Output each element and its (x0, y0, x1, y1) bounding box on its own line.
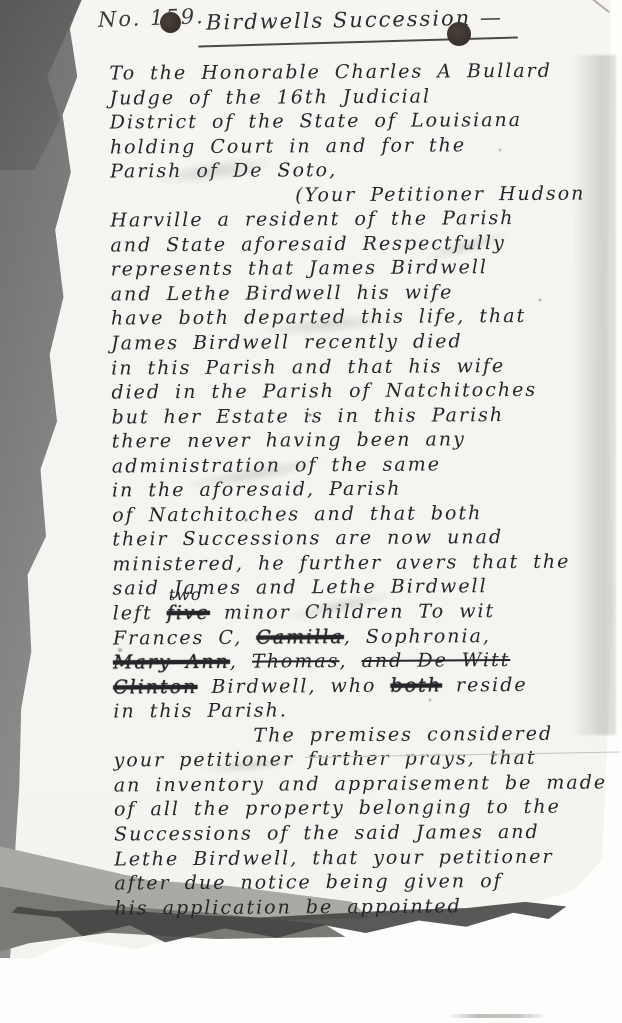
handwritten-line: and State aforesaid Respectfully (110, 230, 588, 257)
handwritten-line: but her Estate is in this Parish (111, 402, 589, 429)
handwritten-line: Harville a resident of the Parish (110, 206, 588, 233)
handwritten-line: in the aforesaid, Parish (112, 476, 590, 503)
text-segment: holding Court in and for the (110, 134, 466, 158)
text-segment: Birdwell, who (197, 674, 390, 697)
text-segment: an inventory and appraisement be made (114, 771, 607, 796)
handwritten-line: To the Honorable Charles A Bullard (109, 59, 587, 86)
handwritten-line: Lethe Birdwell, that your petitioner (114, 844, 592, 871)
fastener-dot-left (160, 12, 181, 33)
bottom-right-streak (447, 1014, 547, 1018)
text-segment: Lethe Birdwell, that your petitioner (114, 845, 553, 870)
text-segment: left (113, 602, 167, 624)
struck-text: both (390, 674, 442, 696)
text-segment: District of the State of Louisiana (110, 109, 522, 134)
handwritten-line: their Successions are now unad (112, 525, 590, 552)
handwritten-line: your petitioner further prays, that (114, 746, 592, 773)
handwritten-line: an inventory and appraisement be made (114, 770, 592, 797)
text-segment: their Successions are now unad (112, 526, 503, 550)
inserted-word: two (169, 588, 202, 602)
handwritten-line: Mary Ann, Thomas, and De Witt (113, 648, 591, 675)
scanned-document-page: No. 159. Birdwells Succession — To the H… (0, 0, 622, 1023)
text-segment: reside (442, 674, 528, 697)
text-segment: , (339, 650, 361, 672)
handwritten-line: administration of the same (112, 451, 590, 478)
struck-text: Clinton (113, 676, 197, 699)
text-segment: of Natchitoches and that both (112, 502, 482, 526)
handwritten-line: after due notice being given of (114, 869, 592, 896)
text-segment: in this Parish. (113, 700, 288, 723)
right-paper-edge-line (601, 55, 602, 240)
text-segment: ministered, he further avers that the (112, 551, 570, 576)
correction-group: twofive (167, 601, 210, 626)
fastener-dot-right (447, 22, 471, 46)
text-segment: his application be appointed (114, 895, 461, 919)
handwritten-line: James Birdwell recently died (111, 329, 589, 356)
text-segment: , (230, 651, 252, 673)
handwritten-line: there never having been any (112, 427, 590, 454)
text-segment: died in the Parish of Natchitoches (111, 379, 537, 404)
handwritten-line: District of the State of Louisiana (110, 108, 588, 135)
handwritten-line: of Natchitoches and that both (112, 500, 590, 527)
handwritten-line: in this Parish. (113, 697, 591, 724)
handwritten-line: The premises considered (253, 721, 591, 748)
case-number: No. 159. (98, 4, 206, 32)
struck-text: Camilla (256, 626, 344, 649)
handwritten-line: Frances C, Camilla, Sophronia, (113, 623, 591, 650)
handwritten-line: Judge of the 16th Judicial (110, 83, 588, 110)
handwritten-line: died in the Parish of Natchitoches (111, 378, 589, 405)
handwritten-line: holding Court in and for the (110, 132, 588, 159)
text-segment: To the Honorable Charles A Bullard (109, 60, 552, 85)
text-segment: , Sophronia, (344, 625, 491, 648)
text-segment: but her Estate is in this Parish (111, 404, 504, 428)
text-segment: Frances C, (113, 626, 257, 649)
struck-text: five (167, 602, 210, 624)
handwritten-line: his application be appointed (114, 893, 592, 920)
text-segment: (Your Petitioner Hudson (295, 182, 585, 206)
struck-text: and De Witt (361, 649, 510, 672)
text-segment: of all the property belonging to the (114, 796, 561, 821)
text-segment: your petitioner further prays, that (114, 747, 537, 772)
text-segment: Successions of the said James and (114, 821, 540, 846)
handwritten-line: ministered, he further avers that the (112, 549, 590, 576)
struck-text: Thomas (252, 650, 340, 673)
handwritten-line: represents that James Birdwell (111, 255, 589, 282)
text-segment: after due notice being given of (114, 870, 502, 894)
text-segment: there never having been any (112, 429, 466, 453)
text-segment: The premises considered (253, 723, 553, 747)
text-segment: Harville a resident of the Parish (110, 207, 514, 231)
handwritten-line: Clinton Birdwell, who both reside (113, 672, 591, 699)
text-segment: and Lethe Birdwell his wife (111, 281, 454, 305)
handwritten-line: of all the property belonging to the (114, 795, 592, 822)
handwritten-line: in this Parish and that his wife (111, 353, 589, 380)
handwritten-lines: To the Honorable Charles A BullardJudge … (109, 59, 592, 921)
handwritten-line: (Your Petitioner Hudson (295, 181, 588, 207)
handwritten-line: and Lethe Birdwell his wife (111, 279, 589, 306)
handwritten-line: Successions of the said James and (114, 819, 592, 846)
text-segment: Judge of the 16th Judicial (110, 85, 432, 109)
text-segment: in this Parish and that his wife (111, 355, 505, 379)
struck-text: Mary Ann (113, 651, 230, 674)
